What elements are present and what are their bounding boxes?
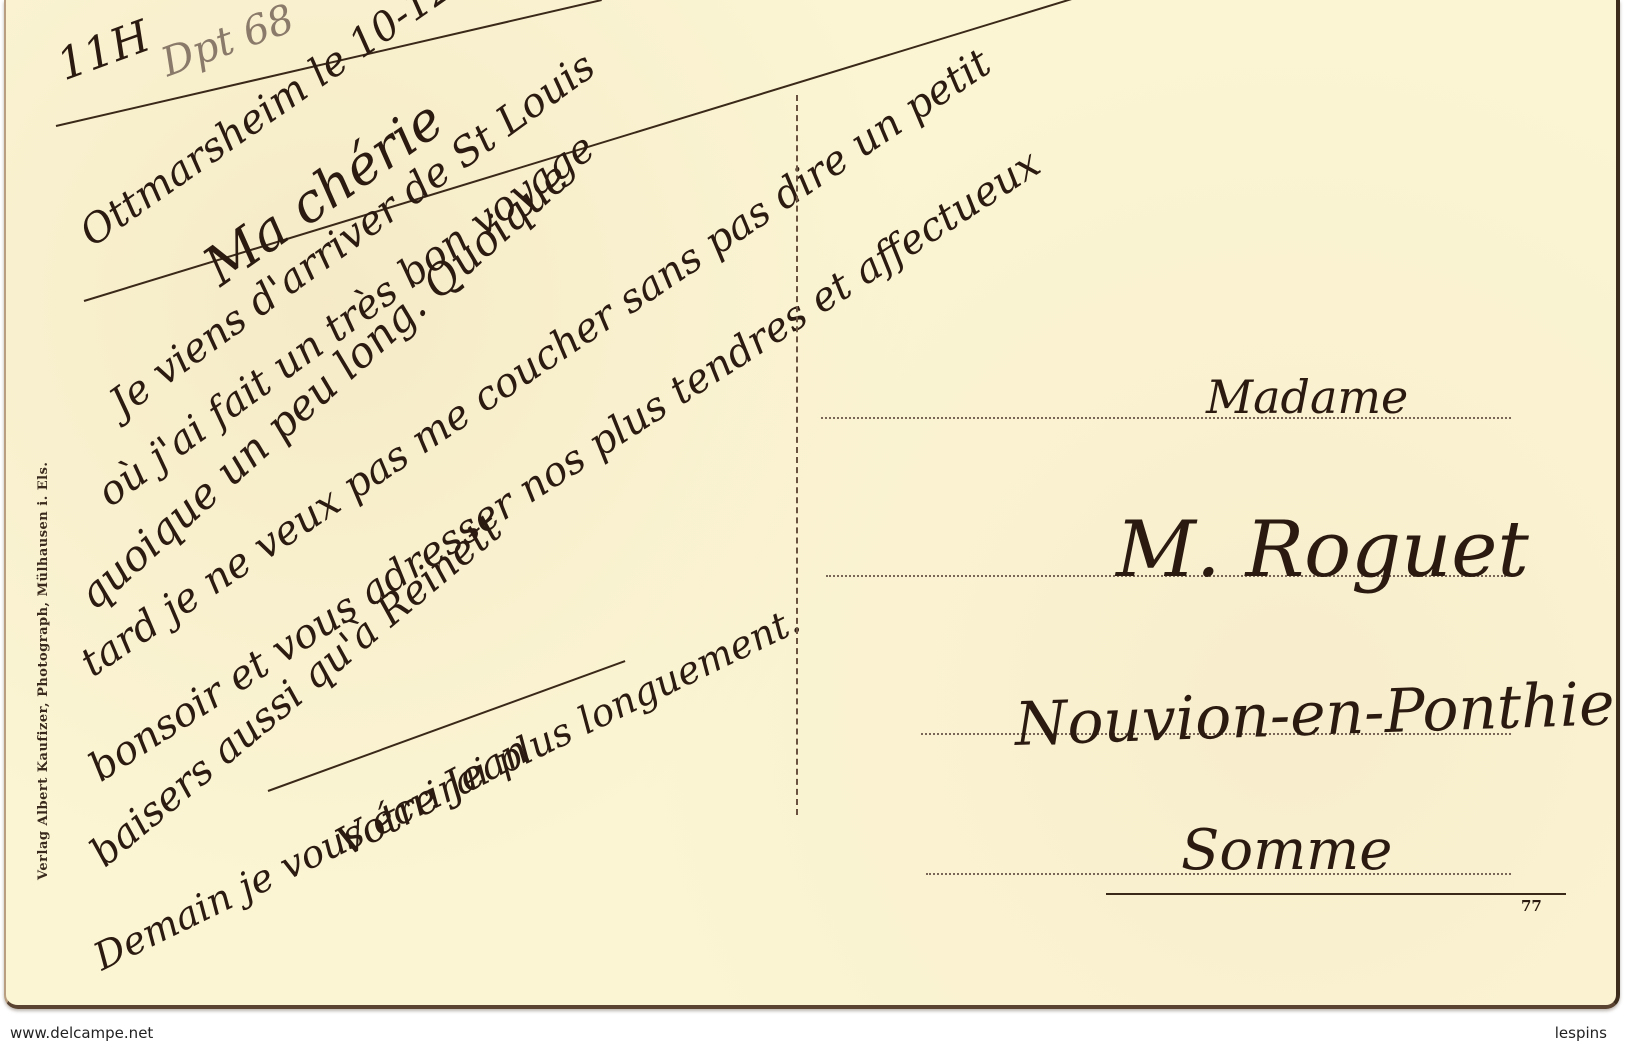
address-line-3: Nouvion-en-Ponthieu xyxy=(1014,668,1620,760)
address-line-2: M. Roguet xyxy=(1116,505,1529,595)
card-number: 77 xyxy=(1521,897,1542,915)
center-divider xyxy=(796,95,798,815)
listing-image-page: 11H Dpt 68 Ottmarsheim le 10-12-18 Ma ch… xyxy=(0,0,1625,1047)
site-watermark: www.delcampe.net xyxy=(10,1024,153,1042)
address-line-4: Somme xyxy=(1181,818,1392,883)
postcard-back: 11H Dpt 68 Ottmarsheim le 10-12-18 Ma ch… xyxy=(4,0,1620,1009)
address-final-stroke xyxy=(1106,893,1566,895)
address-line-1: Madame xyxy=(1206,370,1408,424)
seller-watermark: lespins xyxy=(1555,1024,1607,1042)
corner-note: 11H xyxy=(51,11,157,91)
publisher-imprint: Verlag Albert Kaufizer, Photograph, Mülh… xyxy=(36,462,51,880)
